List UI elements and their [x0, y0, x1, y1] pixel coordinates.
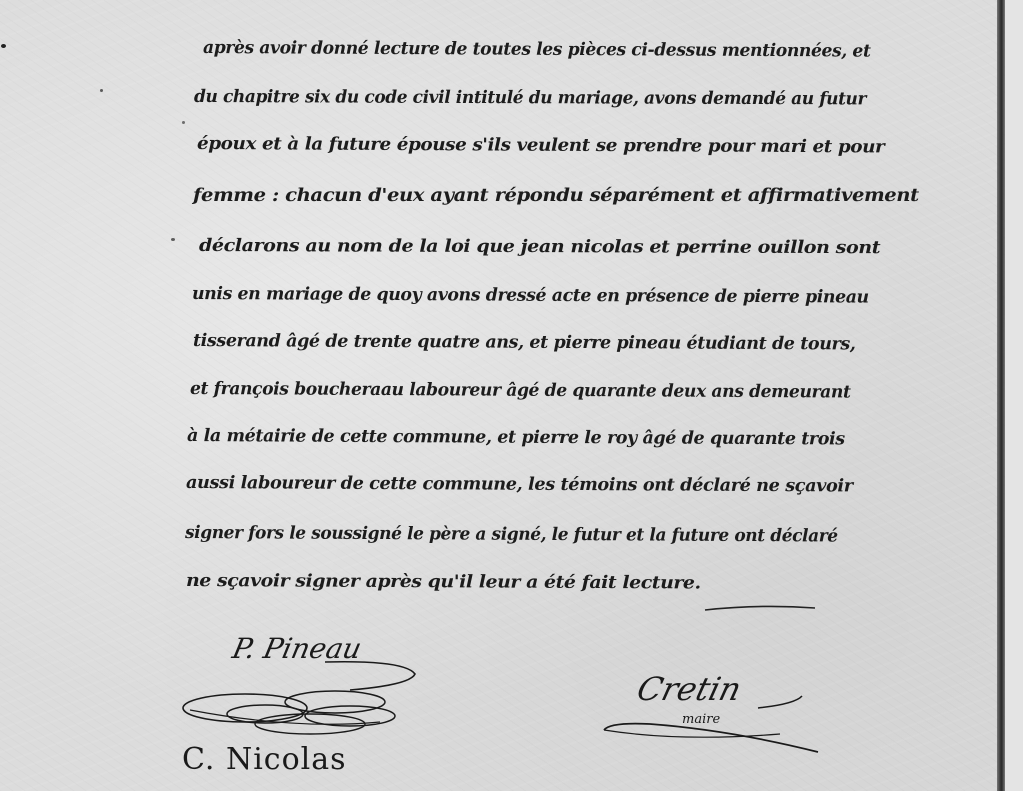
signature-groom: C. Nicolas — [182, 738, 382, 791]
document-line-2: du chapitre six du code civil intitulé d… — [194, 89, 866, 109]
ink-speck — [100, 89, 103, 92]
mayor-underline-flourish-icon — [590, 660, 840, 770]
document-line-11: signer fors le soussigné le père a signé… — [185, 525, 838, 546]
document-line-9: à la métairie de cette commune, et pierr… — [187, 428, 845, 449]
paraph-flourish-icon — [175, 630, 435, 740]
document-line-6: unis en mariage de quoy avons dressé act… — [192, 286, 869, 307]
document-page: après avoir donné lecture de toutes les … — [0, 0, 1023, 791]
signature-witness: P. Pineau — [175, 630, 435, 740]
adjacent-page-edge — [1005, 0, 1023, 791]
signature-mayor: Cretin maire — [590, 660, 840, 770]
document-line-5: déclarons au nom de la loi que jean nico… — [199, 238, 880, 258]
closing-flourish — [700, 590, 820, 630]
signature-groom-text: C. Nicolas — [182, 742, 347, 777]
ink-speck — [182, 121, 185, 124]
document-line-1: après avoir donné lecture de toutes les … — [203, 40, 871, 61]
document-line-7: tisserand âgé de trente quatre ans, et p… — [193, 333, 856, 354]
document-line-8: et françois boucheraau laboureur âgé de … — [190, 381, 851, 402]
document-line-4: femme : chacun d'eux ayant répondu sépar… — [193, 188, 919, 206]
ink-speck — [171, 238, 175, 241]
ink-speck — [1, 44, 6, 48]
document-line-3: époux et à la future épouse s'ils veulen… — [197, 136, 884, 157]
document-line-12: ne sçavoir signer après qu'il leur a été… — [186, 573, 701, 593]
page-binding-edge — [997, 0, 1005, 791]
document-line-10: aussi laboureur de cette commune, les té… — [186, 475, 853, 496]
